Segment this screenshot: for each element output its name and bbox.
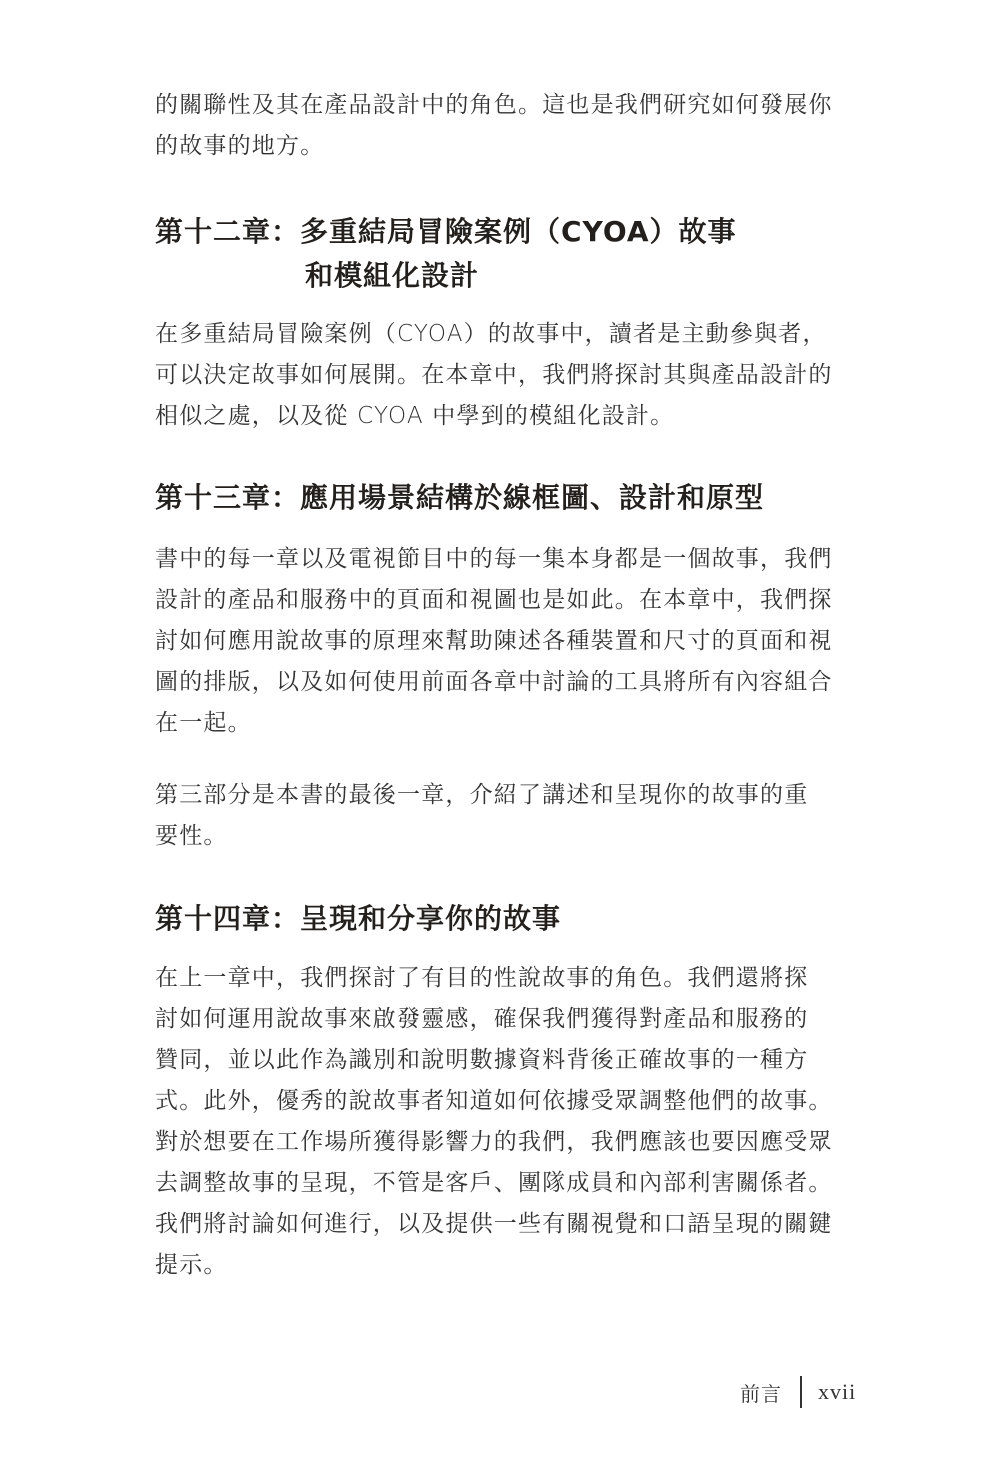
heading-line: 和模組化設計 [155, 254, 855, 298]
chapter-14-description: 在上一章中，我們探討了有目的性說故事的角色。我們還將探 討如何運用說故事來啟發靈… [155, 958, 855, 1286]
running-section-title: 前言 [740, 1378, 782, 1407]
chapter-12-heading: 第十二章：多重結局冒險案例（CYOA）故事 和模組化設計 [155, 210, 855, 298]
heading-line: 第十三章：應用場景結構於線框圖、設計和原型 [155, 476, 855, 520]
paragraph-line: 要性。 [155, 816, 855, 857]
paragraph-line: 的故事的地方。 [155, 126, 855, 167]
paragraph-line: 設計的產品和服務中的頁面和視圖也是如此。在本章中，我們探 [155, 580, 855, 621]
intro-continuation-paragraph: 的關聯性及其在產品設計中的角色。這也是我們研究如何發展你 的故事的地方。 [155, 85, 855, 167]
heading-line: 第十四章：呈現和分享你的故事 [155, 897, 855, 941]
page-footer: 前言 xvii [740, 1375, 856, 1409]
paragraph-line: 相似之處，以及從 CYOA 中學到的模組化設計。 [155, 396, 855, 437]
chapter-12-description: 在多重結局冒險案例（CYOA）的故事中，讀者是主動參與者， 可以決定故事如何展開… [155, 314, 855, 437]
paragraph-line: 在上一章中，我們探討了有目的性說故事的角色。我們還將探 [155, 958, 855, 999]
paragraph-line: 討如何運用說故事來啟發靈感，確保我們獲得對產品和服務的 [155, 999, 855, 1040]
paragraph-line: 在多重結局冒險案例（CYOA）的故事中，讀者是主動參與者， [155, 314, 855, 355]
part-3-intro-paragraph: 第三部分是本書的最後一章，介紹了講述和呈現你的故事的重 要性。 [155, 775, 855, 857]
paragraph-line: 書中的每一章以及電視節目中的每一集本身都是一個故事，我們 [155, 539, 855, 580]
chapter-13-heading: 第十三章：應用場景結構於線框圖、設計和原型 [155, 476, 855, 520]
paragraph-line: 在一起。 [155, 703, 855, 744]
chapter-14-heading: 第十四章：呈現和分享你的故事 [155, 897, 855, 941]
paragraph-line: 的關聯性及其在產品設計中的角色。這也是我們研究如何發展你 [155, 85, 855, 126]
paragraph-line: 式。此外，優秀的說故事者知道如何依據受眾調整他們的故事。 [155, 1081, 855, 1122]
paragraph-line: 圖的排版，以及如何使用前面各章中討論的工具將所有內容組合 [155, 662, 855, 703]
paragraph-line: 對於想要在工作場所獲得影響力的我們，我們應該也要因應受眾 [155, 1122, 855, 1163]
paragraph-line: 討如何應用說故事的原理來幫助陳述各種裝置和尺寸的頁面和視 [155, 621, 855, 662]
paragraph-line: 我們將討論如何進行，以及提供一些有關視覺和口語呈現的關鍵 [155, 1204, 855, 1245]
paragraph-line: 贊同，並以此作為識別和說明數據資料背後正確故事的一種方 [155, 1040, 855, 1081]
paragraph-line: 去調整故事的呈現，不管是客戶、團隊成員和內部利害關係者。 [155, 1163, 855, 1204]
paragraph-line: 可以決定故事如何展開。在本章中，我們將探討其與產品設計的 [155, 355, 855, 396]
paragraph-line: 第三部分是本書的最後一章，介紹了講述和呈現你的故事的重 [155, 775, 855, 816]
heading-line: 第十二章：多重結局冒險案例（CYOA）故事 [155, 210, 855, 254]
page-number: xvii [818, 1379, 856, 1405]
paragraph-line: 提示。 [155, 1245, 855, 1286]
chapter-13-description: 書中的每一章以及電視節目中的每一集本身都是一個故事，我們 設計的產品和服務中的頁… [155, 539, 855, 744]
footer-divider [800, 1376, 802, 1408]
